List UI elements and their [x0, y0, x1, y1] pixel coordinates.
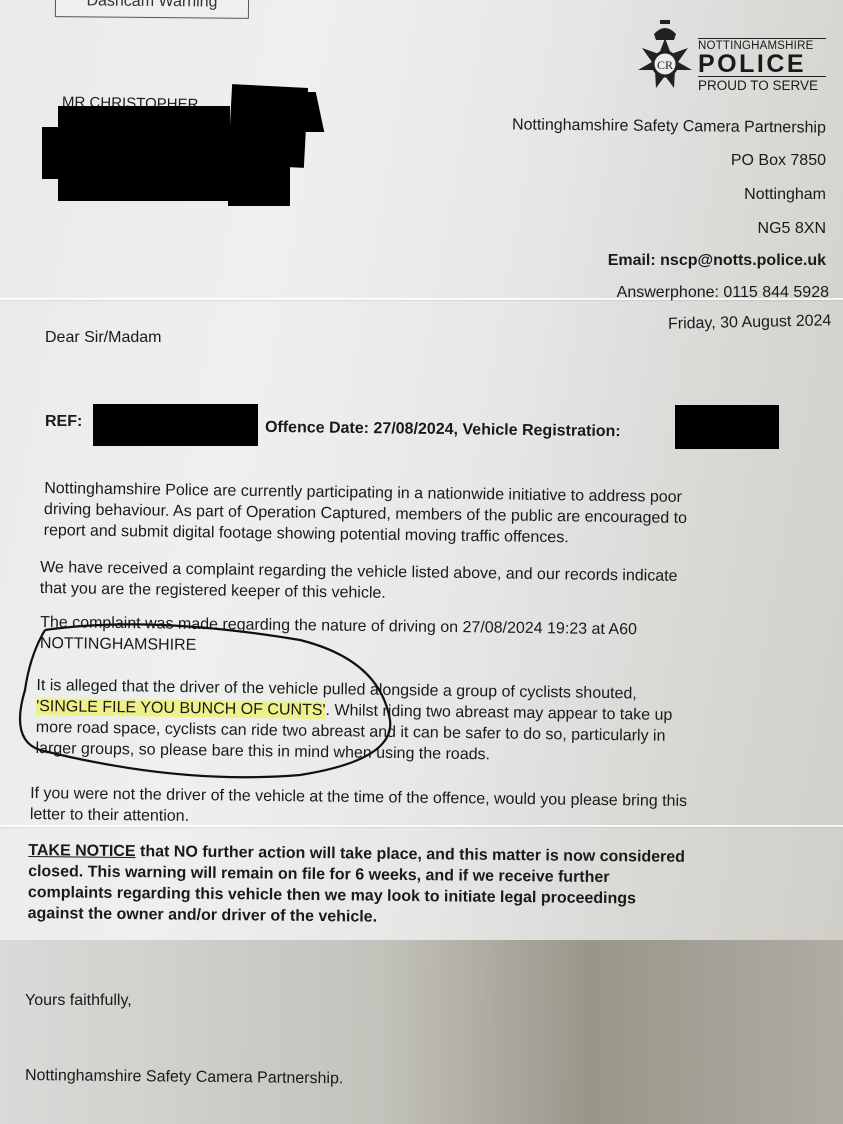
- hand-drawn-circle: [0, 600, 420, 790]
- registration-redaction: [675, 405, 779, 449]
- sender-po-box: PO Box 7850: [731, 152, 826, 170]
- closing: Yours faithfully,: [25, 990, 132, 1011]
- paper-shadow: [0, 940, 843, 1124]
- paragraph-not-driver: If you were not the driver of the vehicl…: [30, 783, 687, 833]
- logo-police: POLICE: [698, 52, 826, 76]
- signature: Nottinghamshire Safety Camera Partnershi…: [25, 1065, 344, 1089]
- sender-postcode: NG5 8XN: [758, 220, 826, 238]
- letter-type-label: Dashcam Warning: [55, 0, 249, 19]
- sender-org: Nottinghamshire Safety Camera Partnershi…: [512, 116, 826, 137]
- sender-city: Nottingham: [744, 186, 826, 204]
- sender-email: Email: nscp@notts.police.uk: [608, 252, 826, 270]
- salutation: Dear Sir/Madam: [45, 327, 161, 348]
- svg-text:CR: CR: [657, 58, 673, 72]
- sender-phone: Answerphone: 0115 844 5928: [617, 284, 829, 302]
- offence-details: Offence Date: 27/08/2024, Vehicle Regist…: [265, 417, 621, 442]
- take-notice-heading: TAKE NOTICE: [28, 842, 135, 860]
- ref-redaction: [93, 404, 258, 446]
- paragraph-take-notice: TAKE NOTICE that NO further action will …: [28, 840, 686, 931]
- paragraph-initiative: Nottinghamshire Police are currently par…: [44, 478, 688, 550]
- ref-label: REF:: [45, 411, 82, 432]
- letter-date: Friday, 30 August 2024: [667, 312, 831, 333]
- police-logo: CR NOTTINGHAMSHIRE POLICE PROUD TO SERVE: [634, 18, 834, 98]
- logo-tagline: PROUD TO SERVE: [698, 76, 826, 93]
- police-crest-icon: CR: [634, 18, 696, 98]
